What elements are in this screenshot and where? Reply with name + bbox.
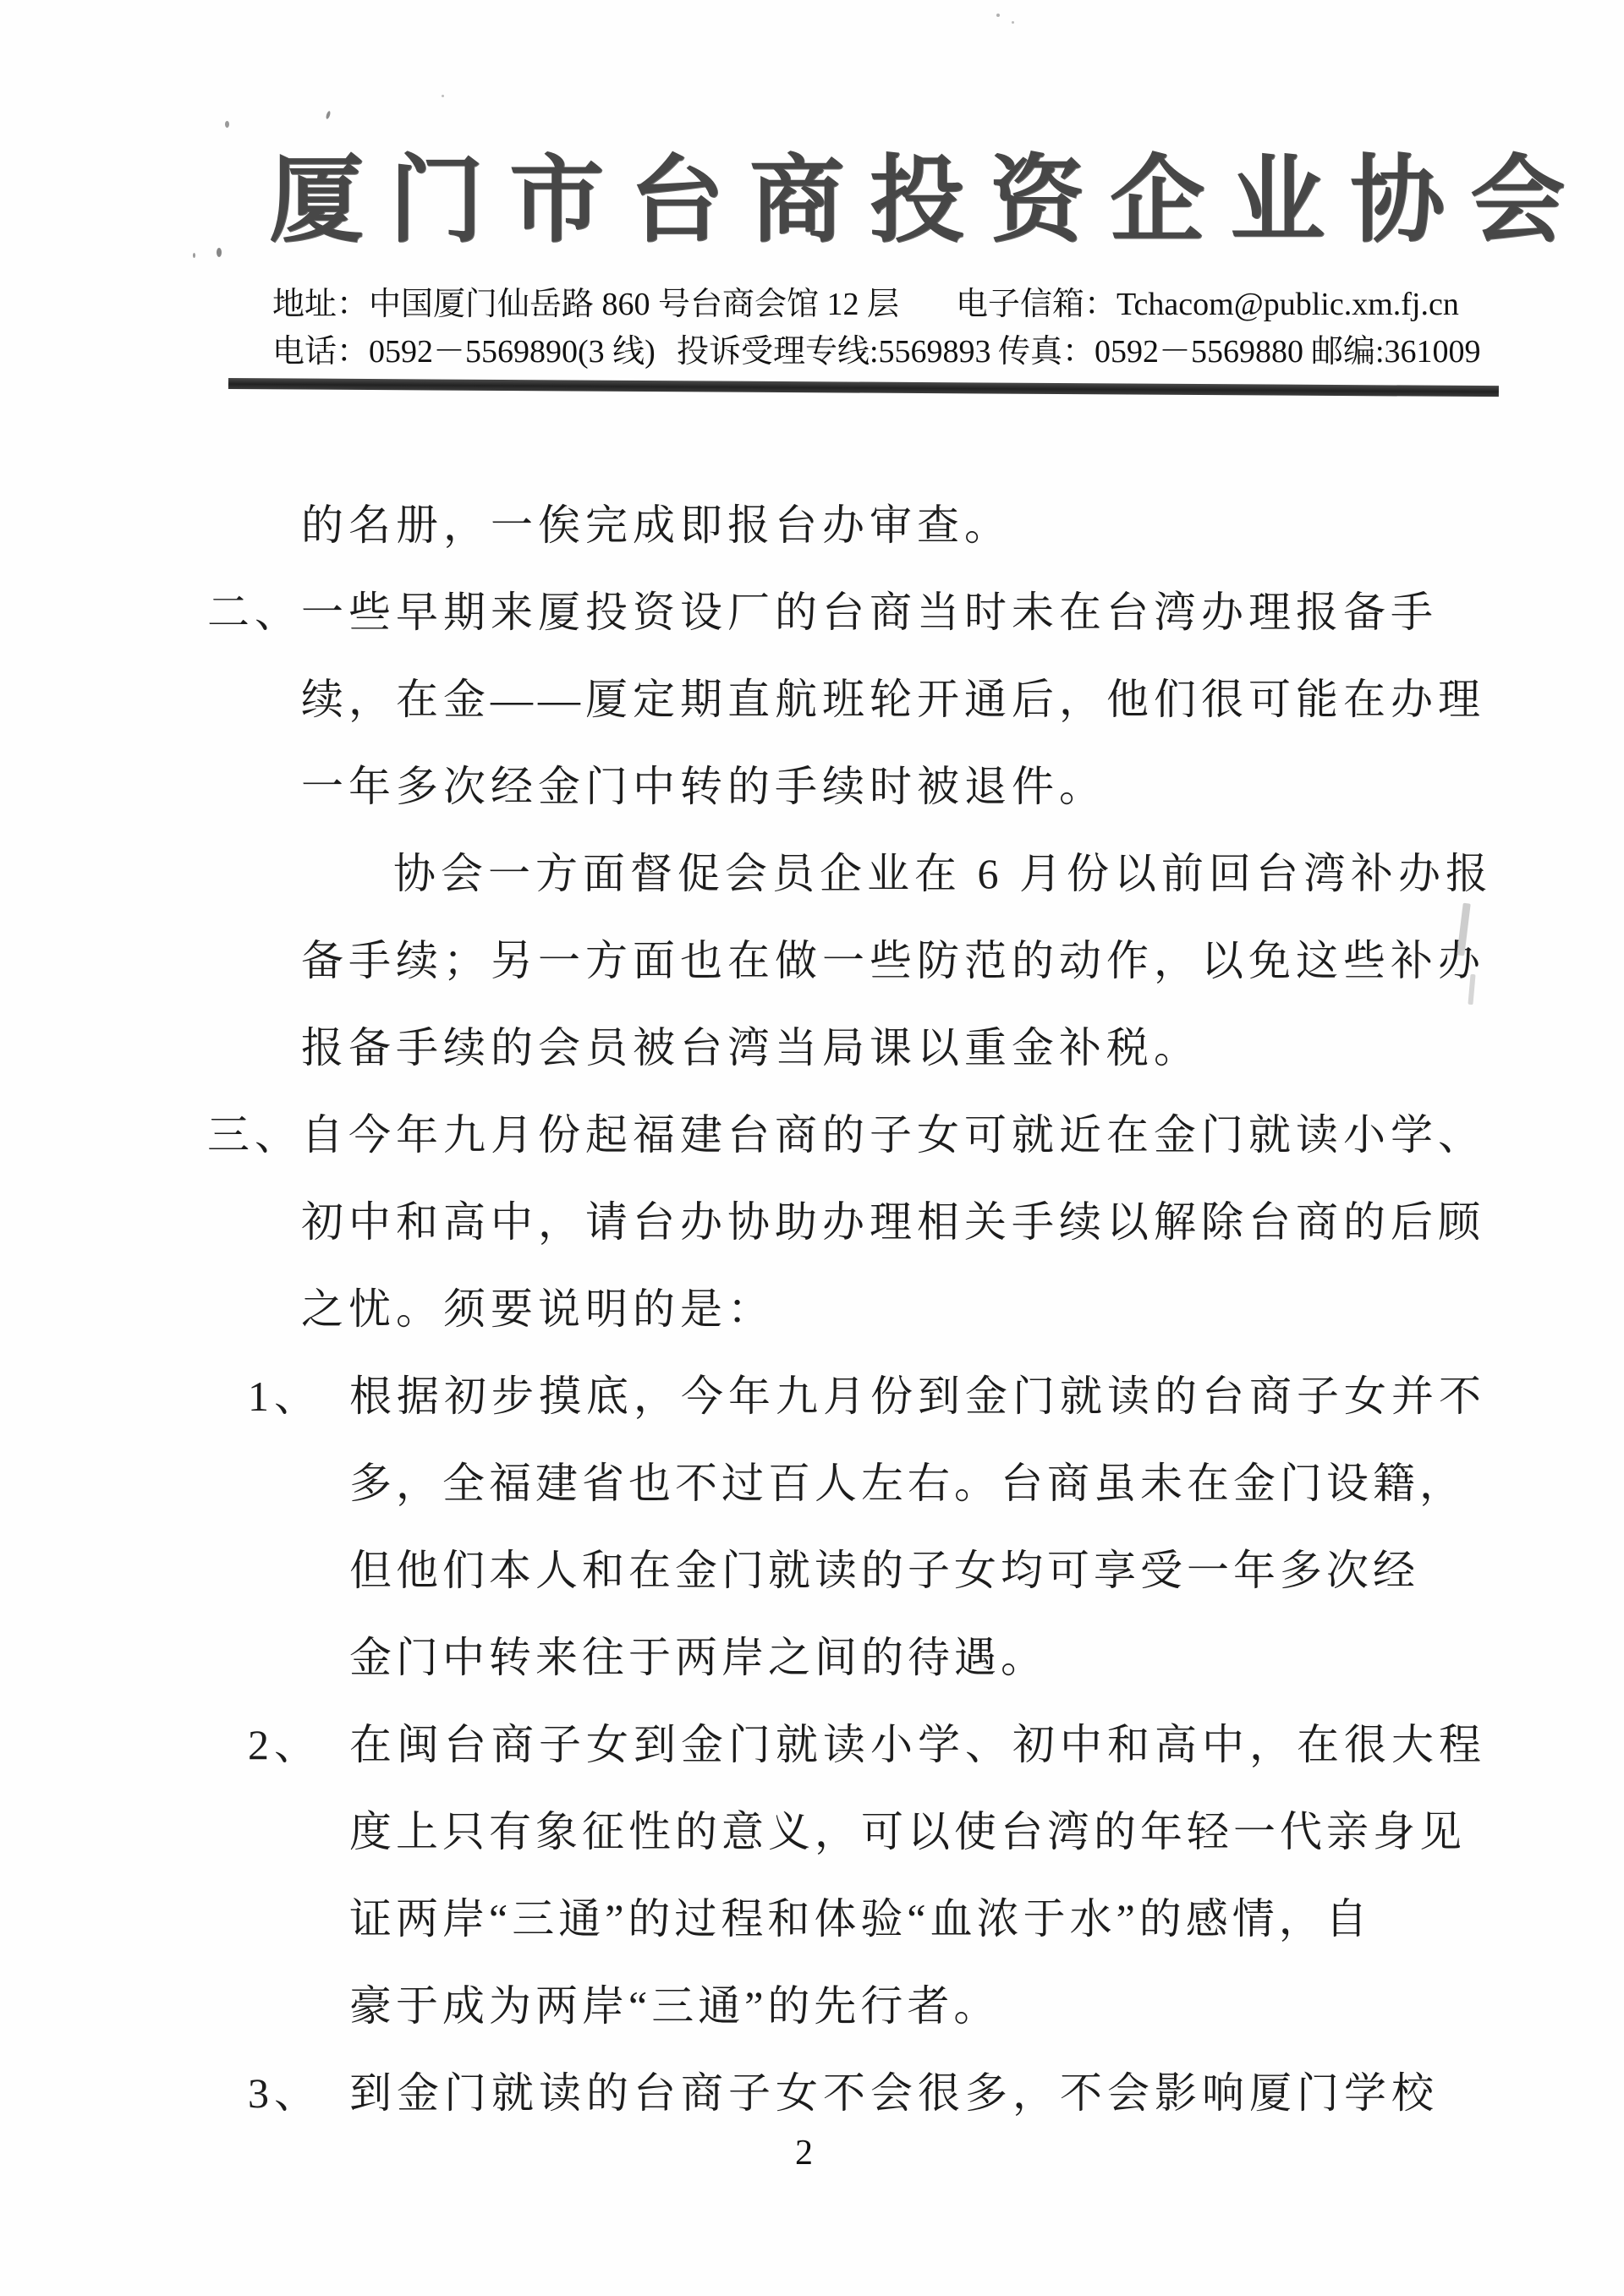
email-line: 电子信箱：Tchacom@public.xm.fj.cn <box>956 288 1459 321</box>
item-number: 3、 <box>248 2050 321 2137</box>
section-number: 三、 <box>207 1092 302 1179</box>
header-divider <box>228 378 1499 397</box>
address-line: 地址：中国厦门仙岳路 860 号台商会馆 12 层 <box>272 288 899 321</box>
line-text: 度上只有象征性的意义，可以使台湾的年轻一代亲身见 <box>349 1789 1466 1876</box>
line-text: 续，在金——厦定期直航班轮开通后，他们很可能在办理 <box>301 656 1485 743</box>
line-text: 豪于成为两岸“三通”的先行者。 <box>349 1963 1000 2050</box>
document-line: 证两岸“三通”的过程和体验“血浓于水”的感情，自 <box>0 1876 1624 1963</box>
line-text: 初中和高中，请台办协助办理相关手续以解除台商的后顾 <box>301 1179 1485 1266</box>
document-body: 的名册，一俟完成即报台办审查。二、一些早期来厦投资设厂的台商当时未在台湾办理报备… <box>0 482 1624 2137</box>
line-text: 自今年九月份起福建台商的子女可就近在金门就读小学、 <box>301 1092 1485 1179</box>
line-text: 根据初步摸底，今年九月份到金门就读的台商子女并不 <box>349 1353 1486 1440</box>
line-text: 一年多次经金门中转的手续时被退件。 <box>301 743 1106 830</box>
document-line: 度上只有象征性的意义，可以使台湾的年轻一代亲身见 <box>0 1789 1624 1876</box>
line-text: 之忧。须要说明的是： <box>301 1266 775 1353</box>
line-text: 在闽台商子女到金门就读小学、初中和高中，在很大程 <box>349 1701 1486 1789</box>
scan-artifact <box>1012 21 1014 24</box>
scan-artifact <box>326 111 332 120</box>
document-line: 报备手续的会员被台湾当局课以重金补税。 <box>0 1005 1624 1092</box>
document-line: 多，全福建省也不过百人左右。台商虽未在金门设籍， <box>0 1440 1624 1527</box>
document-line: 3、到金门就读的台商子女不会很多，不会影响厦门学校 <box>0 2050 1624 2137</box>
scan-artifact <box>996 14 1000 17</box>
line-text: 证两岸“三通”的过程和体验“血浓于水”的感情，自 <box>349 1876 1372 1963</box>
item-number: 1、 <box>248 1353 321 1440</box>
document-line: 但他们本人和在金门就读的子女均可享受一年多次经 <box>0 1527 1624 1614</box>
line-text: 金门中转来往于两岸之间的待遇。 <box>349 1614 1047 1701</box>
section-number: 二、 <box>207 569 302 656</box>
scanned-document-page: 厦门市台商投资企业协会 地址：中国厦门仙岳路 860 号台商会馆 12 层 电子… <box>0 0 1624 2296</box>
fax-line: 传真：0592－5569880 <box>998 336 1303 368</box>
document-line: 协会一方面督促会员企业在 6 月份以前回台湾补办报 <box>0 830 1624 918</box>
line-text: 到金门就读的台商子女不会很多，不会影响厦门学校 <box>349 2050 1439 2137</box>
line-text: 备手续；另一方面也在做一些防范的动作，以免这些补办 <box>301 918 1485 1005</box>
line-text: 一些早期来厦投资设厂的台商当时未在台湾办理报备手 <box>301 569 1438 656</box>
organization-name: 厦门市台商投资企业协会 <box>269 154 1590 249</box>
document-line: 续，在金——厦定期直航班轮开通后，他们很可能在办理 <box>0 656 1624 743</box>
line-text: 但他们本人和在金门就读的子女均可享受一年多次经 <box>349 1527 1419 1614</box>
document-line: 二、一些早期来厦投资设厂的台商当时未在台湾办理报备手 <box>0 569 1624 656</box>
postcode: 邮编:361009 <box>1311 336 1481 368</box>
document-line: 金门中转来往于两岸之间的待遇。 <box>0 1614 1624 1701</box>
document-line: 一年多次经金门中转的手续时被退件。 <box>0 743 1624 830</box>
document-line: 之忧。须要说明的是： <box>0 1266 1624 1353</box>
line-text: 多，全福建省也不过百人左右。台商虽未在金门设籍， <box>349 1440 1466 1527</box>
scan-artifact <box>442 95 444 97</box>
line-text: 的名册，一俟完成即报台办审查。 <box>301 482 1012 569</box>
page-number: 2 <box>795 2133 813 2173</box>
document-line: 三、自今年九月份起福建台商的子女可就近在金门就读小学、 <box>0 1092 1624 1179</box>
line-text: 协会一方面督促会员企业在 6 月份以前回台湾补办报 <box>393 830 1493 918</box>
phone-line: 电话：0592－5569890(3 线) <box>272 336 656 368</box>
item-number: 2、 <box>248 1701 321 1789</box>
document-line: 初中和高中，请台办协助办理相关手续以解除台商的后顾 <box>0 1179 1624 1266</box>
scan-artifact <box>193 253 195 258</box>
document-line: 1、根据初步摸底，今年九月份到金门就读的台商子女并不 <box>0 1353 1624 1440</box>
complaint-hotline: 投诉受理专线:5569893 <box>677 336 991 368</box>
scan-artifact <box>217 248 222 257</box>
document-line: 豪于成为两岸“三通”的先行者。 <box>0 1963 1624 2050</box>
document-line: 2、在闽台商子女到金门就读小学、初中和高中，在很大程 <box>0 1701 1624 1789</box>
line-text: 报备手续的会员被台湾当局课以重金补税。 <box>301 1005 1201 1092</box>
document-line: 备手续；另一方面也在做一些防范的动作，以免这些补办 <box>0 918 1624 1005</box>
scan-artifact <box>225 121 229 128</box>
document-line: 的名册，一俟完成即报台办审查。 <box>0 482 1624 569</box>
